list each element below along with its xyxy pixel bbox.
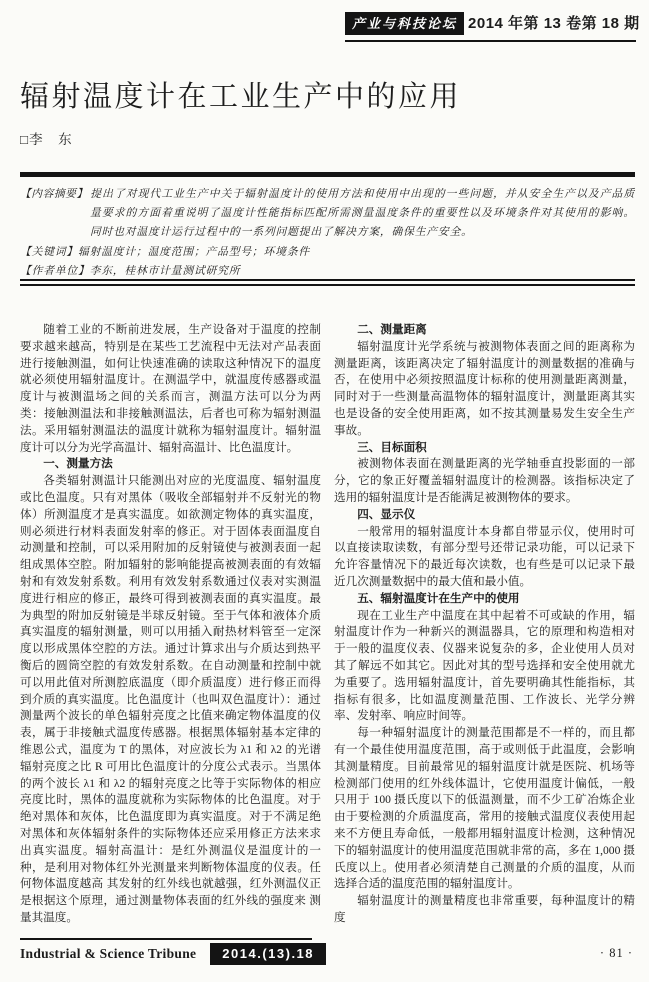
section-heading: 五、辐射温度计在生产中的使用 xyxy=(334,591,635,608)
affiliation-text: 李东，桂林市计量测试研究所 xyxy=(90,265,241,277)
body-paragraph: 各类辐射测温计只能测出对应的光度温度、辐射温度或比色温度。只有对黑体（吸收全部辐… xyxy=(20,473,321,927)
abstract-divider-bottom xyxy=(20,279,635,286)
footer-rule xyxy=(20,938,312,940)
abstract-label: 【内容摘要】 xyxy=(20,185,90,204)
section-heading: 一、测量方法 xyxy=(20,456,321,473)
journal-name: 产业与科技论坛 xyxy=(352,16,457,31)
abstract-divider-top xyxy=(20,172,635,177)
author-name: 李 东 xyxy=(29,132,73,147)
section-heading: 三、目标面积 xyxy=(334,440,635,457)
abstract-section: 【内容摘要】提出了对现代工业生产中关于辐射温度计的使用方法和使用中出现的一些问题… xyxy=(20,185,635,281)
body-paragraph: 被测物体表面在测量距离的光学轴垂直投影面的一部分，它的象正好覆盖辐射温度计的检测… xyxy=(334,456,635,506)
journal-header: 产业与科技论坛 2014 年第 13 卷第 18 期 xyxy=(345,12,636,35)
article-body: 随着工业的不断前进发展，生产设备对于温度的控制要求越来越高，特别是在某些工艺流程… xyxy=(20,322,635,927)
left-column: 随着工业的不断前进发展，生产设备对于温度的控制要求越来越高，特别是在某些工艺流程… xyxy=(20,322,321,927)
author-marker-icon: □ xyxy=(20,132,29,147)
page-footer: Industrial & Science Tribune 2014.(13).1… xyxy=(20,943,326,965)
body-paragraph: 每一种辐射温度计的测量范围都是不一样的，而且都有一个最佳使用温度范围，高于或则低… xyxy=(334,725,635,893)
section-heading: 二、测量距离 xyxy=(334,322,635,339)
body-paragraph: 随着工业的不断前进发展，生产设备对于温度的控制要求越来越高，特别是在某些工艺流程… xyxy=(20,322,321,456)
abstract-row: 【内容摘要】提出了对现代工业生产中关于辐射温度计的使用方法和使用中出现的一些问题… xyxy=(20,185,635,243)
body-paragraph: 现在工业生产中温度在其中起着不可或缺的作用，辐射温度计作为一种新兴的测温器具，它… xyxy=(334,608,635,726)
header-rule xyxy=(345,40,636,42)
right-column: 二、测量距离 辐射温度计光学系统与被测物体表面之间的距离称为测量距离，该距离决定… xyxy=(334,322,635,927)
issue-info: 2014 年第 13 卷第 18 期 xyxy=(468,12,640,35)
page-number: · 81 · xyxy=(600,946,633,961)
section-heading: 四、显示仪 xyxy=(334,507,635,524)
body-paragraph: 辐射温度计光学系统与被测物体表面之间的距离称为测量距离，该距离决定了辐射温度计的… xyxy=(334,339,635,440)
keywords-row: 【关键词】辐射温度计；温度范围；产品型号；环境条件 xyxy=(20,243,635,262)
author-line: □李 东 xyxy=(20,128,73,148)
affiliation-label: 【作者单位】 xyxy=(20,265,90,277)
abstract-text: 提出了对现代工业生产中关于辐射温度计的使用方法和使用中出现的一些问题，并从安全生… xyxy=(90,188,635,238)
keywords-label: 【关键词】 xyxy=(20,246,78,258)
journal-name-en: Industrial & Science Tribune xyxy=(20,946,196,962)
body-paragraph: 一般常用的辐射温度计本身都自带显示仪，使用时可以直接读取读数，有部分型号还带记录… xyxy=(334,524,635,591)
article-title: 辐射温度计在工业生产中的应用 xyxy=(20,74,635,115)
keywords-text: 辐射温度计；温度范围；产品型号；环境条件 xyxy=(78,246,310,258)
body-paragraph: 辐射温度计的测量精度也非常重要，每种温度计的精度 xyxy=(334,893,635,927)
journal-name-badge: 产业与科技论坛 xyxy=(345,12,464,35)
issue-code: 2014.(13).18 xyxy=(222,946,314,961)
journal-page: 产业与科技论坛 2014 年第 13 卷第 18 期 辐射温度计在工业生产中的应… xyxy=(0,0,649,982)
issue-code-badge: 2014.(13).18 xyxy=(210,943,326,965)
